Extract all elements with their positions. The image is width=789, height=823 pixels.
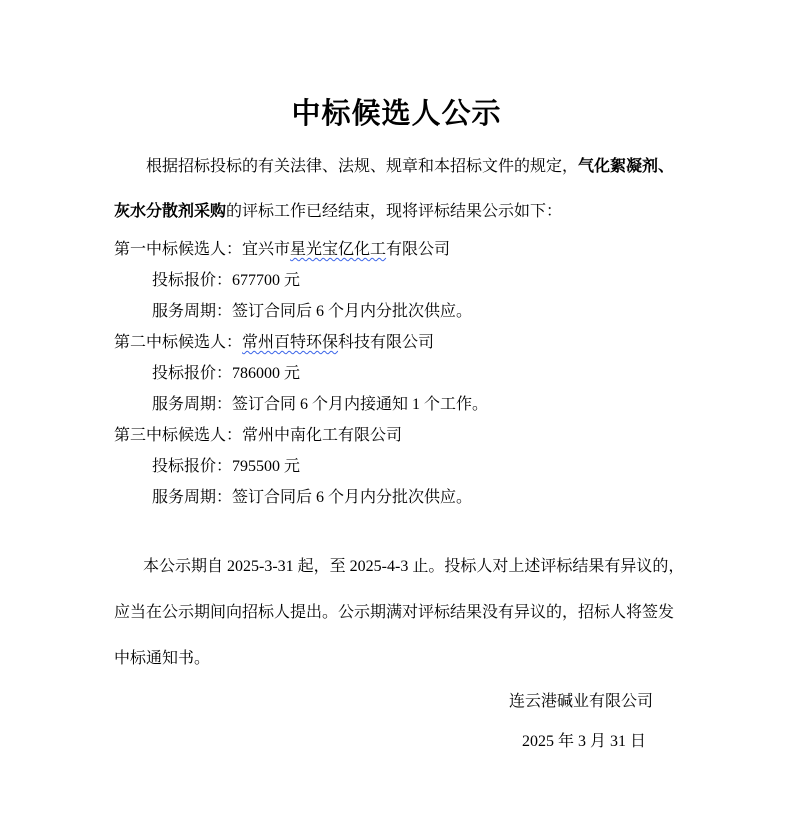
intro-text-bold: 气化絮凝剂、 — [578, 158, 674, 175]
candidate-rank-label: 第二中标候选人： — [114, 334, 242, 351]
candidate-price-line: 投标报价：677700 元 — [114, 265, 679, 296]
price-label: 投标报价： — [152, 458, 232, 475]
candidate-service-line: 服务周期：签订合同后 6 个月内分批次供应。 — [114, 296, 679, 327]
candidate-rank-label: 第一中标候选人： — [114, 241, 242, 258]
price-label: 投标报价： — [152, 365, 232, 382]
service-label: 服务周期： — [152, 396, 232, 413]
company-name-spellcheck-flagged: 星光宝亿化工 — [290, 241, 386, 258]
closing-line-3: 中标通知书。 — [114, 636, 679, 682]
candidate-block-2: 第二中标候选人：常州百特环保科技有限公司 投标报价：786000 元 服务周期：… — [114, 327, 679, 420]
company-name: 科技有限公司 — [338, 334, 434, 351]
candidate-list: 第一中标候选人：宜兴市星光宝亿化工有限公司 投标报价：677700 元 服务周期… — [114, 234, 679, 513]
closing-line-2: 应当在公示期间向招标人提出。公示期满对评标结果没有异议的，招标人将签发 — [114, 590, 679, 636]
closing-line-1: 本公示期自 2025-3-31 起，至 2025-4-3 止。投标人对上述评标结… — [114, 544, 679, 590]
closing-paragraph: 本公示期自 2025-3-31 起，至 2025-4-3 止。投标人对上述评标结… — [114, 544, 679, 682]
price-value: 786000 元 — [232, 365, 300, 382]
candidate-price-line: 投标报价：786000 元 — [114, 358, 679, 389]
price-value: 677700 元 — [232, 272, 300, 289]
company-name: 常州中南化工有限公司 — [242, 427, 402, 444]
signature-date: 2025 年 3 月 31 日 — [114, 722, 679, 762]
company-name: 有限公司 — [386, 241, 450, 258]
service-value: 签订合同后 6 个月内分批次供应。 — [232, 489, 472, 506]
service-value: 签订合同后 6 个月内分批次供应。 — [232, 303, 472, 320]
service-label: 服务周期： — [152, 303, 232, 320]
company-name: 宜兴市 — [242, 241, 290, 258]
candidate-block-1: 第一中标候选人：宜兴市星光宝亿化工有限公司 投标报价：677700 元 服务周期… — [114, 234, 679, 327]
intro-text-normal: 根据招标投标的有关法律、法规、规章和本招标文件的规定， — [146, 158, 578, 175]
candidate-company-line: 第一中标候选人：宜兴市星光宝亿化工有限公司 — [114, 234, 679, 265]
company-name-spellcheck-flagged: 常州百特环保 — [242, 334, 338, 351]
intro-paragraph: 根据招标投标的有关法律、法规、规章和本招标文件的规定，气化絮凝剂、 灰水分散剂采… — [114, 144, 679, 234]
intro-line-1: 根据招标投标的有关法律、法规、规章和本招标文件的规定，气化絮凝剂、 — [114, 144, 679, 189]
signature-company: 连云港碱业有限公司 — [114, 682, 679, 722]
document-page: 中标候选人公示 根据招标投标的有关法律、法规、规章和本招标文件的规定，气化絮凝剂… — [0, 0, 789, 823]
intro-text-normal: 的评标工作已经结束，现将评标结果公示如下： — [226, 203, 562, 220]
signature-block: 连云港碱业有限公司 2025 年 3 月 31 日 — [114, 682, 679, 762]
service-label: 服务周期： — [152, 489, 232, 506]
price-value: 795500 元 — [232, 458, 300, 475]
intro-text-bold: 灰水分散剂采购 — [114, 203, 226, 220]
page-title: 中标候选人公示 — [114, 97, 679, 131]
document-content: 中标候选人公示 根据招标投标的有关法律、法规、规章和本招标文件的规定，气化絮凝剂… — [0, 97, 789, 762]
candidate-rank-label: 第三中标候选人： — [114, 427, 242, 444]
service-value: 签订合同 6 个月内接通知 1 个工作。 — [232, 396, 488, 413]
price-label: 投标报价： — [152, 272, 232, 289]
candidate-price-line: 投标报价：795500 元 — [114, 451, 679, 482]
candidate-block-3: 第三中标候选人：常州中南化工有限公司 投标报价：795500 元 服务周期：签订… — [114, 420, 679, 513]
candidate-service-line: 服务周期：签订合同 6 个月内接通知 1 个工作。 — [114, 389, 679, 420]
candidate-company-line: 第三中标候选人：常州中南化工有限公司 — [114, 420, 679, 451]
candidate-company-line: 第二中标候选人：常州百特环保科技有限公司 — [114, 327, 679, 358]
candidate-service-line: 服务周期：签订合同后 6 个月内分批次供应。 — [114, 482, 679, 513]
intro-line-2: 灰水分散剂采购的评标工作已经结束，现将评标结果公示如下： — [114, 189, 679, 234]
